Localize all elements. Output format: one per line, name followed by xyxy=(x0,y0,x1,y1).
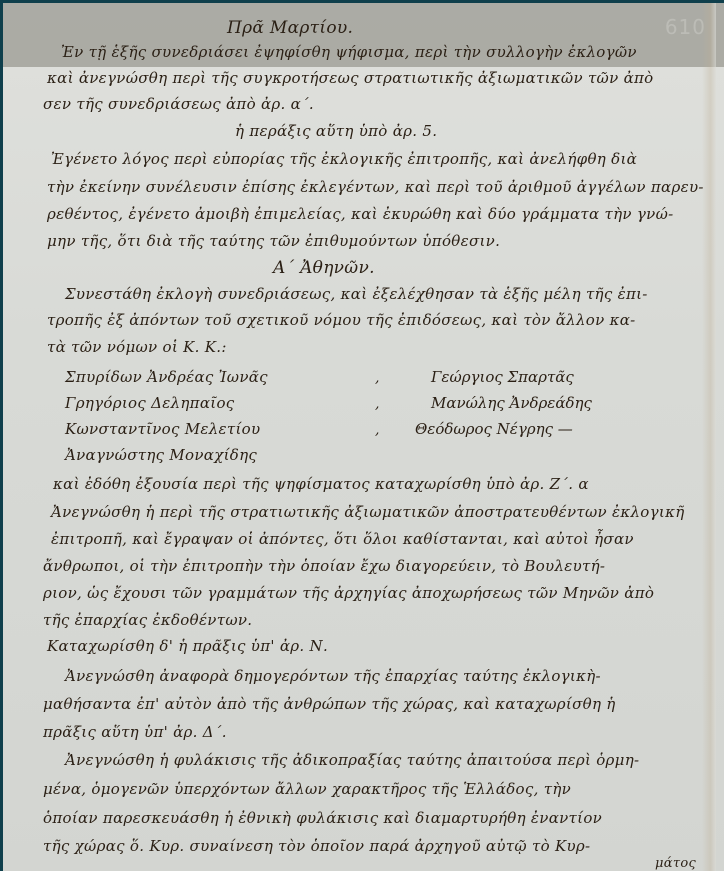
member-name: Γρηγόριος Δεληπαῖος xyxy=(65,394,234,412)
text-line: καὶ ἐδόθη ἐξουσία περὶ τῆς ψηφίσματος κα… xyxy=(53,475,589,493)
text-line: Ἐν τῇ ἑξῆς συνεδριάσει ἐψηφίσθη ψήφισμα,… xyxy=(61,43,637,61)
page-heading: Πρᾶ Μαρτίου. xyxy=(227,18,353,38)
text-line: καὶ ἀνεγνώσθη περὶ τῆς συγκροτήσεως στρα… xyxy=(47,69,653,87)
section-heading: Α΄ Ἀθηνῶν. xyxy=(273,258,375,278)
text-line: μην τῆς, ὅτι διὰ τῆς ταύτης τῶν ἐπιθυμού… xyxy=(47,232,500,250)
text-line: μαθήσαντα ἐπ' αὐτὸν ἀπὸ τῆς ἀνθρώπων τῆς… xyxy=(43,695,616,713)
text-line: τῆς χώρας ὅ. Κυρ. συναίνεση τὸν ὁποῖον π… xyxy=(43,837,590,855)
text-line: σεν τῆς συνεδριάσεως ἀπὸ ἀρ. α΄. xyxy=(43,95,314,113)
member-name: Γεώργιος Σπαρτᾶς xyxy=(431,368,574,386)
text-line: Ἐγένετο λόγος περὶ εὐπορίας τῆς ἐκλογικῆ… xyxy=(51,150,637,168)
text-line: Ἀνεγνώσθη ἀναφορὰ δημογερόντων τῆς ἐπαρχ… xyxy=(65,667,601,685)
member-name: Σπυρίδων Ἀνδρέας Ἰωνᾶς xyxy=(65,368,268,386)
text-line: ἄνθρωποι, οἱ τὴν ἐπιτροπὴν τὴν ὁποίαν ἔχ… xyxy=(43,557,605,575)
text-line: ἐπιτροπῆ, καὶ ἔγραψαν οἱ ἀπόντες, ὅτι ὅλ… xyxy=(51,530,634,548)
folio-number: 610 xyxy=(665,15,706,39)
member-name: Θεόδωρος Νέγρης — xyxy=(415,420,573,438)
text-line: ὁποίαν παρεσκευάσθη ἡ ἐθνικὴ φυλάκισις κ… xyxy=(43,809,602,827)
text-line: τὴν ἐκείνην συνέλευσιν ἐπίσης ἐκλεγέντων… xyxy=(47,178,704,196)
text-line: τὰ τῶν νόμων οἱ Κ. Κ.: xyxy=(47,338,227,356)
list-separator: , xyxy=(375,396,379,412)
text-line: ριον, ὡς ἔχουσι τῶν γραμμάτων τῆς ἀρχηγί… xyxy=(43,584,654,602)
member-name: Ἀναγνώστης Μοναχίδης xyxy=(65,446,257,464)
text-line: μάτος xyxy=(655,856,696,871)
list-separator: , xyxy=(375,370,379,386)
text-line: πρᾶξις αὕτη ὑπ' ἀρ. Δ΄. xyxy=(43,723,227,741)
text-line: Συνεστάθη ἐκλογὴ συνεδριάσεως, καὶ ἐξελέ… xyxy=(65,285,648,303)
manuscript-page: 610 Πρᾶ Μαρτίου. Ἐν τῇ ἑξῆς συνεδριάσει … xyxy=(3,3,724,871)
text-line: Καταχωρίσθη δ' ἡ πρᾶξις ὑπ' ἀρ. Ν. xyxy=(47,637,328,655)
text-line: μένα, ὁμογενῶν ὑπερχόντων ἄλλων χαρακτῆρ… xyxy=(43,780,571,798)
text-line: ρεθέντος, ἐγένετο ἀμοιβὴ ἐπιμελείας, καὶ… xyxy=(47,205,673,223)
member-name: Κωνσταντῖνος Μελετίου xyxy=(65,420,260,438)
text-line: τῆς ἐπαρχίας ἐκδοθέντων. xyxy=(43,611,252,629)
text-line: τροπῆς ἐξ ἀπόντων τοῦ σχετικοῦ νόμου τῆς… xyxy=(47,311,636,329)
text-line: Ἀνεγνώσθη ἡ φυλάκισις τῆς ἀδικοπραξίας τ… xyxy=(65,751,639,769)
list-separator: , xyxy=(375,422,379,438)
member-name: Μανώλης Ἀνδρεάδης xyxy=(431,394,592,412)
text-line: Ἀνεγνώσθη ἡ περὶ τῆς στρατιωτικῆς ἀξιωμα… xyxy=(51,503,685,521)
section-note: ἡ περάξις αὕτη ὑπὸ ἀρ. 5. xyxy=(235,122,437,140)
